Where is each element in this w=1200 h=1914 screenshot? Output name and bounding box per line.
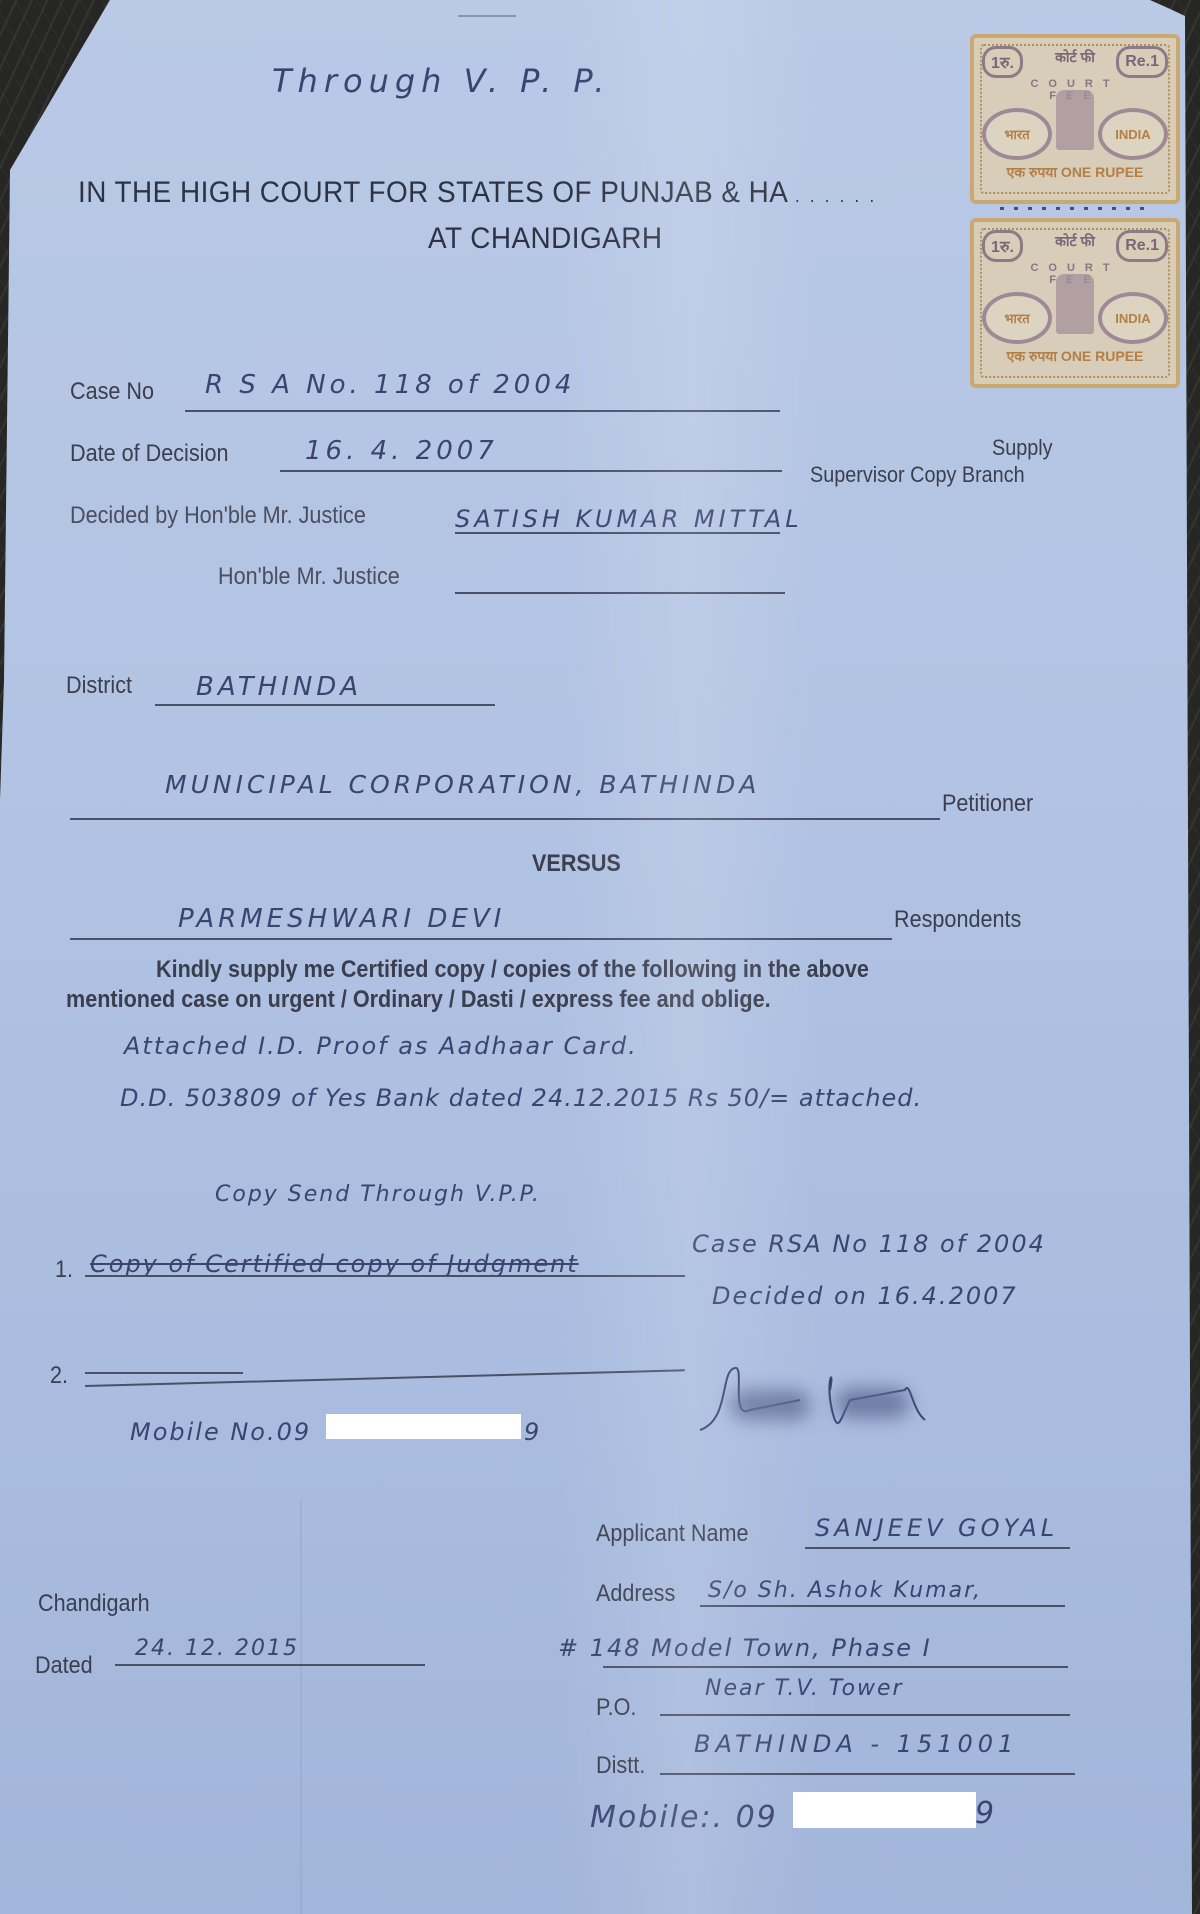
- respondent-line: [70, 938, 892, 940]
- stamp-country: INDIA: [1098, 108, 1168, 160]
- copy-send-note: Copy Send Through V.P.P.: [215, 1182, 541, 1207]
- stamp-left-badge: 1रु.: [982, 230, 1023, 262]
- address-line2-value: # 148 Model Town, Phase I: [558, 1634, 932, 1662]
- paper-fold: [300, 1500, 302, 1914]
- dated-line: [115, 1664, 425, 1666]
- court-title-trail: . . . . . .: [795, 186, 877, 206]
- decided-by-value: SATISH KUMAR MITTAL: [455, 505, 803, 533]
- stamp-right-badge: Re.1: [1116, 230, 1168, 262]
- item-1-number: 1.: [55, 1256, 73, 1284]
- signature-blur: [730, 1390, 810, 1420]
- stamp-hindi-title: कोर्ट फी: [1034, 232, 1116, 251]
- address-line2-line: [603, 1666, 1068, 1668]
- respondent-value: PARMESHWARI DEVI: [178, 904, 505, 934]
- item-1-text-line2: Decided on 16.4.2007: [712, 1282, 1018, 1310]
- decided-by-line: [455, 532, 780, 534]
- court-title-line2: AT CHANDIGARH: [428, 222, 662, 256]
- address-line1-value: S/o Sh. Ashok Kumar,: [708, 1578, 982, 1603]
- request-text-line2: mentioned case on urgent / Ordinary / Da…: [66, 986, 771, 1014]
- item-1-text: Case RSA No 118 of 2004: [692, 1230, 1046, 1258]
- mobile-note-prefix: Mobile No.09: [130, 1418, 311, 1446]
- through-vpp-note: Through V. P. P.: [272, 62, 610, 100]
- applicant-name-value: SANJEEV GOYAL: [815, 1514, 1058, 1542]
- ashoka-emblem-icon: [1056, 274, 1094, 334]
- stamp-right-badge: Re.1: [1116, 46, 1168, 78]
- court-title-text: IN THE HIGH COURT FOR STATES OF PUNJAB &…: [78, 176, 787, 209]
- date-of-decision-line: [280, 470, 782, 472]
- top-mark: [458, 15, 516, 17]
- stamp-hindi-country: भारत: [982, 292, 1052, 344]
- stamp-value: एक रुपया ONE RUPEE: [974, 347, 1176, 366]
- versus-label: VERSUS: [532, 850, 621, 878]
- ashoka-emblem-icon: [1056, 90, 1094, 150]
- stamp-left-badge: 1रु.: [982, 46, 1023, 78]
- court-fee-stamp-2: 1रु. कोर्ट फी Re.1 COURT FEE भारत INDIA …: [970, 218, 1180, 388]
- request-text-line1: Kindly supply me Certified copy / copies…: [156, 956, 869, 984]
- note-id-proof: Attached I.D. Proof as Aadhaar Card.: [124, 1032, 638, 1060]
- decided-by-label: Decided by Hon'ble Mr. Justice: [70, 502, 366, 530]
- po-label: P.O.: [596, 1694, 636, 1722]
- petitioner-value: MUNICIPAL CORPORATION, BATHINDA: [165, 770, 760, 799]
- stamp-perforation: [1000, 207, 1150, 210]
- second-justice-label: Hon'ble Mr. Justice: [218, 563, 400, 591]
- stamp-country: INDIA: [1098, 292, 1168, 344]
- respondent-label: Respondents: [894, 906, 1021, 934]
- date-of-decision-value: 16. 4. 2007: [305, 436, 498, 466]
- note-demand-draft: D.D. 503809 of Yes Bank dated 24.12.2015…: [120, 1084, 922, 1112]
- po-line: [660, 1714, 1070, 1716]
- redacted-applicant-mobile: [793, 1792, 976, 1828]
- supply-label: Supply: [992, 435, 1053, 461]
- applicant-mobile-prefix: Mobile:. 09: [590, 1800, 778, 1835]
- dated-label: Dated: [35, 1652, 93, 1680]
- mobile-note-suffix: 9: [524, 1418, 541, 1446]
- stamp-hindi-title: कोर्ट फी: [1034, 48, 1116, 67]
- place-label: Chandigarh: [38, 1590, 150, 1618]
- stamp-hindi-country: भारत: [982, 108, 1052, 160]
- applicant-signature: [690, 1360, 940, 1450]
- redacted-mobile-left: [326, 1414, 521, 1439]
- stamp-value: एक रुपया ONE RUPEE: [974, 163, 1176, 182]
- second-justice-line: [455, 592, 785, 594]
- district-value: BATHINDA: [196, 672, 362, 702]
- petitioner-label: Petitioner: [942, 790, 1033, 818]
- district-label: District: [66, 672, 132, 700]
- distt-label: Distt.: [596, 1752, 645, 1780]
- date-of-decision-label: Date of Decision: [70, 440, 228, 468]
- item-1-line: [85, 1275, 685, 1277]
- petitioner-line: [70, 818, 940, 820]
- district-line: [155, 704, 495, 706]
- supervisor-copy-branch-label: Supervisor Copy Branch: [810, 462, 1025, 488]
- item-2-line-short: [85, 1372, 243, 1374]
- dated-value: 24. 12. 2015: [135, 1636, 299, 1661]
- po-value: Near T.V. Tower: [705, 1676, 904, 1701]
- applicant-mobile-suffix: 9: [975, 1796, 998, 1831]
- court-title-line1: IN THE HIGH COURT FOR STATES OF PUNJAB &…: [78, 176, 877, 210]
- applicant-name-label: Applicant Name: [596, 1520, 748, 1548]
- address-label: Address: [596, 1580, 675, 1608]
- address-line1-line: [700, 1605, 1065, 1607]
- distt-line: [660, 1773, 1075, 1775]
- court-form-paper: Through V. P. P. IN THE HIGH COURT FOR S…: [0, 0, 1196, 1914]
- applicant-name-line: [805, 1547, 1070, 1549]
- case-no-value: R S A No. 118 of 2004: [205, 370, 575, 400]
- distt-value: BATHINDA - 151001: [694, 1730, 1018, 1758]
- signature-blur: [835, 1388, 910, 1418]
- court-fee-stamp-1: 1रु. कोर्ट फी Re.1 COURT FEE भारत INDIA …: [970, 34, 1180, 204]
- case-no-label: Case No: [70, 378, 154, 406]
- item-1-struck-text: Copy of Certified copy of Judgment: [90, 1250, 579, 1278]
- item-2-number: 2.: [50, 1362, 68, 1390]
- case-no-line: [185, 410, 780, 412]
